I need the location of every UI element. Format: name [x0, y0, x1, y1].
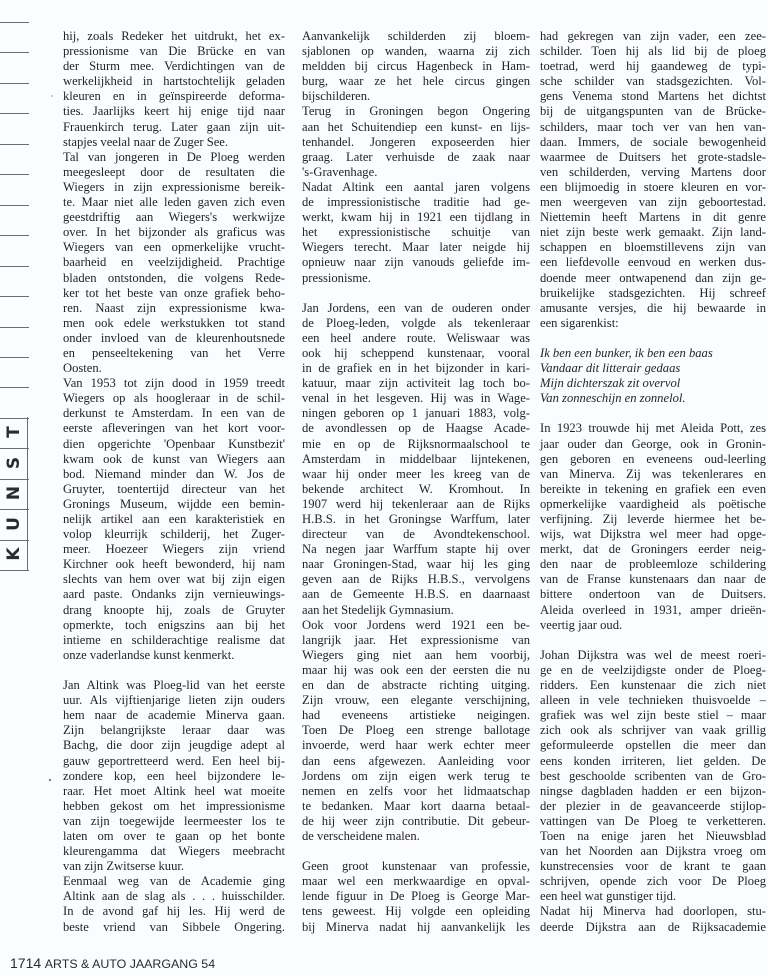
- text-line: had eveneens artistieke neigingen.: [302, 708, 530, 723]
- margin-rule: [0, 327, 29, 328]
- text-line: bij de uitgangspunten van de Brücke-: [540, 104, 766, 119]
- text-line: het expressionistische schuitje van: [302, 225, 530, 240]
- text-line: Gronings Museum, wijdde een bemin-: [63, 497, 285, 512]
- text-line: naar Groningen-Stad, waar hij les ging: [302, 557, 530, 572]
- text-line: Kirchner ook heeft bewonderd, hij nam: [63, 557, 285, 572]
- text-line: niet zijn beste werk gemaakt. Zijn land-: [540, 225, 766, 240]
- text-line: van zijn toegewijde leermeester los te: [63, 814, 285, 829]
- text-line: lende figuur in De Ploeg is George Mar-: [302, 889, 530, 904]
- text-line: schilders, maar toch ver van hen van-: [540, 120, 766, 135]
- text-line: maar wel een merkwaardige en opval-: [302, 874, 530, 889]
- text-line: Geen groot kunstenaar van professie,: [302, 859, 530, 874]
- text-line: Niettemin heeft Martens in dit genre: [540, 210, 766, 225]
- text-line: opnieuw naar zijn vanouds geliefde im-: [302, 255, 530, 270]
- text-line: hij, zoals Redeker het uitdrukt, het ex-: [63, 29, 285, 44]
- text-line: In 1923 trouwde hij met Aleida Pott, zes: [540, 421, 766, 436]
- text-line: kwam ook de kunst van Wiegers aan: [63, 452, 285, 467]
- text-line: men weergeven van zijn geboortestad.: [540, 195, 766, 210]
- text-line: en penseeltekening van het Verre: [63, 346, 285, 361]
- text-line: stapjes veelal naar de Zuger See.: [63, 135, 285, 150]
- text-line: nemen en zelfs voor het lidmaatschap: [302, 784, 530, 799]
- text-line: ridders. Een kunstenaar die zich niet: [540, 678, 766, 693]
- margin-rule: [0, 479, 29, 480]
- text-line: Aleida overleed in 1931, amper drieën-: [540, 603, 766, 618]
- text-line: ker tot het beste van onze grafiek beho-: [63, 286, 285, 301]
- text-line: Gruyter, toentertijd directeur van het: [63, 482, 285, 497]
- text-line: eerste afleveringen van het kort voor-: [63, 421, 285, 436]
- text-line: geestdriftig aan Wiegers's werkwijze: [63, 210, 285, 225]
- text-line: hebben gekost om het impressionisme: [63, 799, 285, 814]
- text-line: grafiek was wel zijn beste stiel – maar: [540, 708, 766, 723]
- text-line: waarmee de Duitsers het grote-stadsle-: [540, 150, 766, 165]
- text-line: directeur van de Avondtekenschool.: [302, 527, 530, 542]
- text-line: drang knoopte hij, zoals de Gruyter: [63, 603, 285, 618]
- paragraph: Jan Altink was Ploeg-lid van het eersteu…: [63, 678, 285, 874]
- margin-rule: [0, 570, 29, 571]
- text-line: derkunst te Amsterdam. In een van de: [63, 406, 285, 421]
- text-line: schilder. Toen hij als lid bij de ploeg: [540, 44, 766, 59]
- margin-rule: [0, 540, 29, 541]
- text-line: Wiegers op als hoogleraar in de schil-: [63, 391, 285, 406]
- text-line: tens geweest. Hij volgde een opleiding: [302, 904, 530, 919]
- text-line: den naar de probleemloze schildering: [540, 557, 766, 572]
- text-line: Van 1953 tot zijn dood in 1959 treedt: [63, 376, 285, 391]
- text-line: Wiegers in zijn expressionisme bereik-: [63, 180, 285, 195]
- text-line: slechts van hem over wat bij zijn eigen: [63, 572, 285, 587]
- text-line: Vandaar dit litterair gedaas: [540, 361, 766, 376]
- text-line: opmerkte, toch enigszins aan bij het: [63, 618, 285, 633]
- paragraph: Ik ben een bunker, ik ben een baasVandaa…: [540, 346, 766, 406]
- text-line: van het Noorden aan Dijkstra vroeg om: [540, 844, 766, 859]
- text-line: Amsterdam in middelbaar lijntekenen,: [302, 452, 530, 467]
- text-line: Toen De Ploeg een strenge ballotage: [302, 723, 530, 738]
- text-line: opmerkelijke vaardigheid als poëtische: [540, 497, 766, 512]
- text-line: over. In het bijzonder als graficus was: [63, 225, 285, 240]
- text-line: burg, waar ze het hele circus gingen: [302, 74, 530, 89]
- text-line: en dan de abstracte richting uitging.: [302, 678, 530, 693]
- text-line: best geschoolde scribenten van de Gro-: [540, 769, 766, 784]
- text-line: vattingen van De Ploeg te verketteren.: [540, 814, 766, 829]
- text-line: maar hij was ook een der eersten die nu: [302, 663, 530, 678]
- margin-rule: [0, 205, 29, 206]
- article-column-1: hij, zoals Redeker het uitdrukt, het ex-…: [63, 29, 285, 935]
- margin-rule: [0, 357, 29, 358]
- text-line: aan het Schuitendiep een kunst- en lijs-: [302, 120, 530, 135]
- text-line: pressionisme.: [302, 271, 530, 286]
- text-line: der Sturm mee. Verdichtingen van de: [63, 59, 285, 74]
- text-line: een sigarenkist:: [540, 316, 766, 331]
- text-line: dien opgerichte 'Openbaar Kunstbezit': [63, 437, 285, 452]
- section-label-letter: U: [0, 512, 29, 536]
- text-line: Jan Altink was Ploeg-lid van het eerste: [63, 678, 285, 693]
- article-column-2: Aanvankelijk schilderden zij bloem-sjabl…: [302, 29, 530, 935]
- text-line: de Ploeg-leden, volgde als tekenleraar: [302, 316, 530, 331]
- text-line: doende meer ontwapenend dan zijn ge-: [540, 271, 766, 286]
- text-line: bekende architect W. Kromhout. In: [302, 482, 530, 497]
- text-line: ge en de veelzijdigste onder de Ploeg-: [540, 663, 766, 678]
- text-line: Altink aan de slag als . . . huisschilde…: [63, 889, 285, 904]
- text-line: Aanvankelijk schilderden zij bloem-: [302, 29, 530, 44]
- margin-rules: [0, 0, 30, 600]
- paragraph: Johan Dijkstra was wel de meest roeri-ge…: [540, 648, 766, 905]
- article-column-3: had gekregen van zijn vader, een zee-sch…: [540, 29, 766, 935]
- margin-rule: [0, 83, 29, 84]
- text-line: Nadat hij Minerva had doorlopen, stu-: [540, 904, 766, 919]
- text-line: tenhandel. Jongeren exposeerden hier: [302, 135, 530, 150]
- margin-rule: [0, 296, 29, 297]
- paragraph: Terug in Groningen begon Ongeringaan het…: [302, 104, 530, 179]
- text-line: onder invloed van de kleurenhoutsnede: [63, 331, 285, 346]
- text-line: dan eens afgewezen. Aanleiding voor: [302, 754, 530, 769]
- section-label-letter: K: [0, 542, 29, 566]
- text-line: deerde Dijkstra aan de Rijksacademie: [540, 920, 766, 935]
- text-line: bittere ondertoon van de Duitsers.: [540, 587, 766, 602]
- margin-rule: [0, 448, 29, 449]
- text-line: Mijn dichterszak zit overvol: [540, 376, 766, 391]
- text-line: had gekregen van zijn vader, een zee-: [540, 29, 766, 44]
- paragraph: hij, zoals Redeker het uitdrukt, het ex-…: [63, 29, 285, 150]
- paragraph: Van 1953 tot zijn dood in 1959 treedtWie…: [63, 376, 285, 663]
- text-line: meegesleept door de resultaten die: [63, 165, 285, 180]
- margin-rule: [0, 235, 29, 236]
- text-line: een heel wat gunstiger tijd.: [540, 889, 766, 904]
- margin-rule: [0, 22, 29, 23]
- paragraph: Eenmaal weg van de Academie gingAltink a…: [63, 874, 285, 934]
- text-line: kleuren en in geïnspireerde deforma-: [63, 89, 285, 104]
- margin-rule: [0, 144, 29, 145]
- text-line: Eenmaal weg van de Academie ging: [63, 874, 285, 889]
- text-line: van zijn Zwitserse kuur.: [63, 859, 285, 874]
- text-line: Tal van jongeren in De Ploeg werden: [63, 150, 285, 165]
- text-line: veertig jaar oud.: [540, 618, 766, 633]
- text-line: geformuleerde opstellen die meer dan: [540, 738, 766, 753]
- text-line: de verscheidene malen.: [302, 829, 530, 844]
- margin-rule: [0, 418, 29, 419]
- text-line: in de grafiek en in het bijzonder in kar…: [302, 361, 530, 376]
- text-line: de hij weer zijn contributie. Dit gebeur…: [302, 814, 530, 829]
- text-line: werkt, kwam hij in 1921 een tijdlang in: [302, 210, 530, 225]
- text-line: gen geboren en eveneens oud-leerling: [540, 452, 766, 467]
- text-line: Terug in Groningen begon Ongering: [302, 104, 530, 119]
- text-line: ties. Jaarlijks keert hij enige tijd naa…: [63, 104, 285, 119]
- text-line: de impressionistische traditie had ge-: [302, 195, 530, 210]
- text-line: pressionisme van Die Brücke en van: [63, 44, 285, 59]
- paragraph: Jan Jordens, een van de ouderen onderde …: [302, 301, 530, 618]
- text-line: Bachg, die door zijn jeugdige adept al: [63, 738, 285, 753]
- text-line: Zijn vrouw, een elegante verschijning,: [302, 693, 530, 708]
- text-line: 1907 werd hij tekenleraar aan de Rijks: [302, 497, 530, 512]
- scan-speck: [51, 95, 53, 97]
- page-footer: 1714 ARTS & AUTO JAARGANG 54: [10, 955, 215, 971]
- text-line: schrijven, opende zich voor De Ploeg: [540, 874, 766, 889]
- scan-speck: [49, 779, 51, 781]
- text-line: waar hij onder meer les kreeg van de: [302, 467, 530, 482]
- text-line: H.B.S. in het Groningse Warffum, later: [302, 512, 530, 527]
- text-line: aard paste. Ondanks zijn vernieuwings-: [63, 587, 285, 602]
- paragraph: In 1923 trouwde hij met Aleida Pott, zes…: [540, 421, 766, 632]
- section-label-letter: N: [0, 481, 29, 505]
- text-line: meldden bij circus Hagenbeck in Ham-: [302, 59, 530, 74]
- margin-rule: [0, 509, 29, 510]
- publication-name: ARTS & AUTO JAARGANG 54: [45, 957, 215, 971]
- text-line: bod. Niemand minder dan W. Jos de: [63, 467, 285, 482]
- text-line: bijschilderen.: [302, 89, 530, 104]
- text-line: nelijk artikel aan een karakteristiek en: [63, 512, 285, 527]
- text-line: Wiegers van een opmerkelijke vrucht-: [63, 240, 285, 255]
- text-line: ven schilderden, verving Martens door: [540, 165, 766, 180]
- text-line: Wiegers ging niet aan hem voorbij,: [302, 648, 530, 663]
- text-line: ren. Naast zijn expressionisme kwa-: [63, 301, 285, 316]
- text-line: Jan Jordens, een van de ouderen onder: [302, 301, 530, 316]
- text-line: een heel andere route. Weliswaar was: [302, 331, 530, 346]
- text-line: men ook edele werkstukken tot stand: [63, 316, 285, 331]
- text-line: kleurengamma dat Wiegers meebracht: [63, 844, 285, 859]
- margin-rule: [0, 266, 29, 267]
- text-line: gauw geportretteerd werd. Een heel bij-: [63, 754, 285, 769]
- text-line: Wiegers terecht. Maar later neigde hij: [302, 240, 530, 255]
- text-line: Van zonneschijn en zonnelol.: [540, 391, 766, 406]
- text-line: zondere kop, een heel bijzondere le-: [63, 769, 285, 784]
- text-line: Zijn belangrijkste leraar daar was: [63, 723, 285, 738]
- text-line: Johan Dijkstra was wel de meest roeri-: [540, 648, 766, 663]
- text-line: van de Franse kunstenaars dan naar de: [540, 572, 766, 587]
- text-line: In de avond gaf hij les. Hij werd de: [63, 904, 285, 919]
- text-line: Nadat Altink een aantal jaren volgens: [302, 180, 530, 195]
- paragraph: Geen groot kunstenaar van professie,maar…: [302, 859, 530, 934]
- text-line: laten om over te gaan op het bonte: [63, 829, 285, 844]
- text-line: sche schilder van stadsgezichten. Vol-: [540, 74, 766, 89]
- text-line: alleen in vele technieken thuisvoelde –: [540, 693, 766, 708]
- paragraph: Nadat hij Minerva had doorlopen, stu-dee…: [540, 904, 766, 934]
- text-line: katuur, maar zijn activiteit lag toch bo…: [302, 376, 530, 391]
- text-line: eens konden irriteren, liet gelden. De: [540, 754, 766, 769]
- text-line: Oosten.: [63, 361, 285, 376]
- text-line: mie en op de Rijksnormaalschool te: [302, 437, 530, 452]
- text-line: venal in het lesgeven. Hij was in Wage-: [302, 391, 530, 406]
- text-line: gens Venema stond Martens het dichtst: [540, 89, 766, 104]
- text-line: een liefdevolle eenvoud en werken dus-: [540, 255, 766, 270]
- paragraph: Tal van jongeren in De Ploeg werdenmeege…: [63, 150, 285, 376]
- text-line: volop kleurrijk schilderij, het Zuger-: [63, 527, 285, 542]
- text-line: ook hij scheppend kunstenaar, vooral: [302, 346, 530, 361]
- text-line: daan. Immers, de sociale bewogenheid: [540, 135, 766, 150]
- text-line: Frauenkirch terug. Later gaan zijn uit-: [63, 120, 285, 135]
- text-line: amusante versjes, die hij bewaarde in: [540, 301, 766, 316]
- text-line: Ook voor Jordens werd 1921 een be-: [302, 618, 530, 633]
- text-line: bereikte in tekening en grafiek een even: [540, 482, 766, 497]
- margin-rule: [0, 174, 29, 175]
- text-line: onze vaderlandse kunst kenmerkt.: [63, 648, 285, 663]
- section-label-letter: S: [0, 451, 29, 475]
- text-line: invoerde, werd haar werk echter meer: [302, 738, 530, 753]
- text-line: van Minerva. Zij was tekenlerares en: [540, 467, 766, 482]
- text-line: uur. Als vijftienjarige lieten zijn oude…: [63, 693, 285, 708]
- text-line: merkt, dat de Groningers eerder neig-: [540, 542, 766, 557]
- text-line: verfijning. Zij leverde hiermee het be-: [540, 512, 766, 527]
- text-line: aan de Gemeente H.B.S. en daarnaast: [302, 587, 530, 602]
- text-line: bij Minerva nadat hij aanvankelijk les: [302, 920, 530, 935]
- margin-rule: [0, 52, 29, 53]
- margin-rule: [0, 387, 29, 388]
- text-line: beste vriend van Sibbele Ongering.: [63, 920, 285, 935]
- paragraph: Aanvankelijk schilderden zij bloem-sjabl…: [302, 29, 530, 104]
- text-line: raar. Het moet Altink heel wat moeite: [63, 784, 285, 799]
- text-line: ningse dagbladen hadden er een bijzon-: [540, 784, 766, 799]
- text-line: te. Maar niet alle leden gaven zich even: [63, 195, 285, 210]
- text-line: toetrad, werd hij gaandeweg de typi-: [540, 59, 766, 74]
- text-line: kunstrecensies voor de krant te gaan: [540, 859, 766, 874]
- text-line: sjablonen op wanden, waarna zij zich: [302, 44, 530, 59]
- text-line: hem naar de academie Minerva gaan.: [63, 708, 285, 723]
- section-label-letter: T: [0, 420, 29, 444]
- paragraph: Ook voor Jordens werd 1921 een be-langri…: [302, 618, 530, 844]
- text-line: werkelijkheid in hartstochtelijk geladen: [63, 74, 285, 89]
- paragraph: had gekregen van zijn vader, een zee-sch…: [540, 29, 766, 331]
- text-line: de avondlessen op de Haagse Acade-: [302, 421, 530, 436]
- text-line: schappen en bloemstillevens zijn van: [540, 240, 766, 255]
- text-line: bruikelijke stadsgezichten. Hij schreef: [540, 286, 766, 301]
- text-line: Na negen jaar Warffum stapte hij over: [302, 542, 530, 557]
- text-line: wijs, wat Dijkstra wel meer had opge-: [540, 527, 766, 542]
- text-line: graag. Later verhuisde de zaak naar: [302, 150, 530, 165]
- text-line: Ik ben een bunker, ik ben een baas: [540, 346, 766, 361]
- text-line: aan het Stedelijk Gymnasium.: [302, 603, 530, 618]
- text-line: der plezier in de geavanceerde stijlop-: [540, 799, 766, 814]
- text-line: geven aan de Rijks H.B.S., vervolgens: [302, 572, 530, 587]
- text-line: Toen na enige jaren het Nieuwsblad: [540, 829, 766, 844]
- text-line: meer. Hoezeer Wiegers zijn vriend: [63, 542, 285, 557]
- text-line: Jordens om zijn eigen werk terug te: [302, 769, 530, 784]
- text-line: bladen ontstonden, die volgens Rede-: [63, 271, 285, 286]
- text-line: te bedanken. Maar kort daarna betaal-: [302, 799, 530, 814]
- text-line: langrijk jaar. Het expressionisme van: [302, 633, 530, 648]
- paragraph: Nadat Altink een aantal jaren volgensde …: [302, 180, 530, 286]
- text-line: zich ook als schrijver van vaak grillig: [540, 723, 766, 738]
- text-line: intieme en schilderachtige realisme dat: [63, 633, 285, 648]
- margin-rule: [0, 113, 29, 114]
- text-line: een blijmoedig in stoere kleuren en vor-: [540, 180, 766, 195]
- text-line: 's-Gravenhage.: [302, 165, 530, 180]
- text-line: jaar ouder dan George, ook in Gronin-: [540, 437, 766, 452]
- page-number: 1714: [10, 955, 41, 971]
- text-line: ningen geboren op 1 januari 1883, volg-: [302, 406, 530, 421]
- text-line: baarheid en veelzijdigheid. Prachtige: [63, 255, 285, 270]
